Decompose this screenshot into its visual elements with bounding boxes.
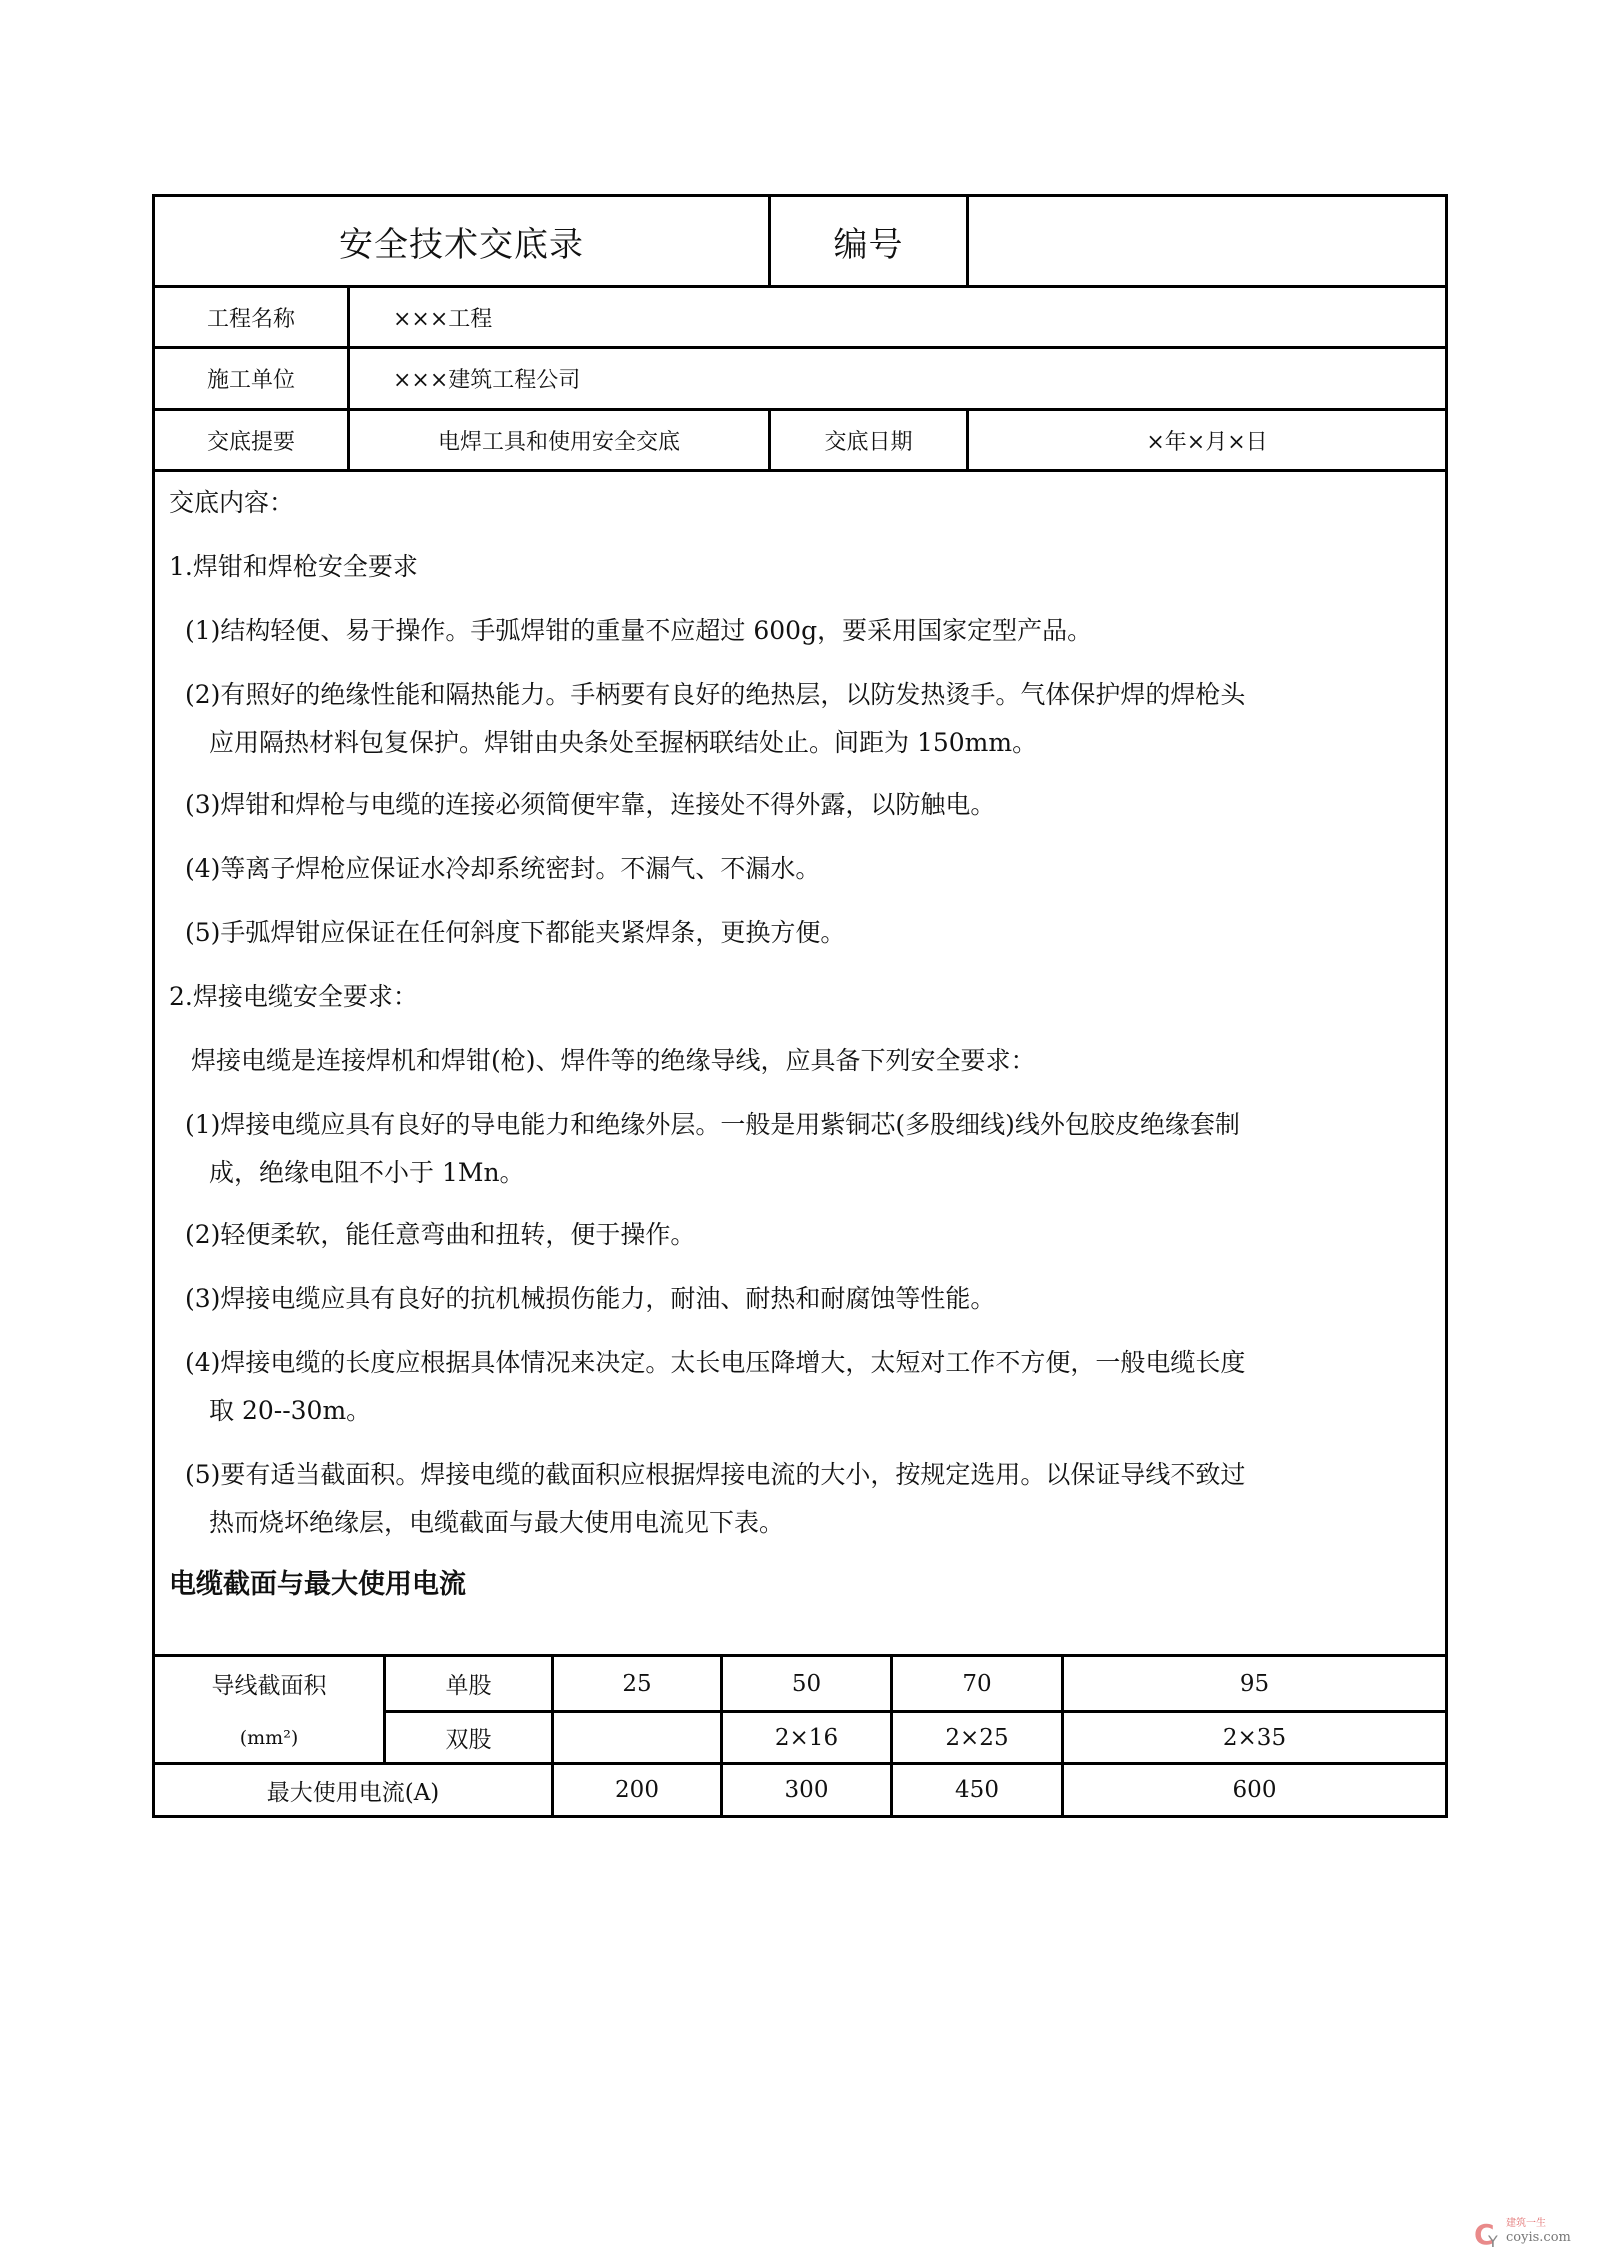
safety-briefing-form: 安全技术交底录 编号 工程名称 ×××工程 施工单位 ×××建筑工程公司 交底提… (152, 194, 1448, 1818)
number-value[interactable] (969, 197, 1445, 285)
section-2-item-cont: 取 20--30m。 (169, 1395, 1431, 1427)
double-value: 2×25 (893, 1713, 1061, 1762)
document-page: 安全技术交底录 编号 工程名称 ×××工程 施工单位 ×××建筑工程公司 交底提… (0, 0, 1600, 2262)
max-current-label: 最大使用电流(A) (155, 1765, 551, 1815)
summary-label: 交底提要 (155, 411, 347, 469)
current-value: 600 (1064, 1765, 1445, 1815)
cable-area-unit: (mm²) (155, 1713, 383, 1762)
section-2-item: (1)焊接电缆应具有良好的导电能力和绝缘外层。一般是用紫铜芯(多股细线)线外包胶… (169, 1109, 1431, 1141)
current-value: 200 (554, 1765, 720, 1815)
contractor-value: ×××建筑工程公司 (393, 349, 1293, 408)
watermark-logo-y-icon: Y (1488, 2232, 1498, 2251)
section-2-item: (5)要有适当截面积。焊接电缆的截面积应根据焊接电流的大小，按规定选用。以保证导… (169, 1459, 1431, 1491)
current-value: 300 (723, 1765, 890, 1815)
section-2-item: (2)轻便柔软，能任意弯曲和扭转，便于操作。 (169, 1219, 1431, 1251)
section-2-intro: 焊接电缆是连接焊机和焊钳(枪)、焊件等的绝缘导线，应具备下列安全要求： (169, 1045, 1431, 1077)
content-heading: 交底内容： (169, 487, 1431, 519)
project-name-value: ×××工程 (393, 288, 1293, 346)
double-strand-label: 双股 (386, 1713, 551, 1762)
date-label: 交底日期 (771, 411, 966, 469)
section-2-item-cont: 成，绝缘电阻不小于 1Mn。 (169, 1157, 1431, 1189)
form-title: 安全技术交底录 (155, 197, 768, 285)
contractor-label: 施工单位 (155, 349, 347, 408)
watermark-site-name: 建筑一生 (1506, 2214, 1546, 2229)
section-1-item: (4)等离子焊枪应保证水冷却系统密封。不漏气、不漏水。 (169, 853, 1431, 885)
section-1-item: (3)焊钳和焊枪与电缆的连接必须简便牢靠，连接处不得外露，以防触电。 (169, 789, 1431, 821)
section-2-item-cont: 热而烧坏绝缘层，电缆截面与最大使用电流见下表。 (169, 1507, 1431, 1539)
watermark-url: coyis.com (1506, 2230, 1571, 2245)
section-1-item: (1)结构轻便、易于操作。手弧焊钳的重量不应超过 600g，要采用国家定型产品。 (169, 615, 1431, 647)
cable-area-label: 导线截面积 (155, 1657, 383, 1710)
section-2-item: (3)焊接电缆应具有良好的抗机械损伤能力，耐油、耐热和耐腐蚀等性能。 (169, 1283, 1431, 1315)
section-1-item-cont: 应用隔热材料包复保护。焊钳由央条处至握柄联结处止。间距为 150mm。 (169, 727, 1431, 759)
project-name-label: 工程名称 (155, 288, 347, 346)
double-value (554, 1713, 720, 1762)
single-value: 25 (554, 1657, 720, 1710)
cable-table-title: 电缆截面与最大使用电流 (169, 1569, 1431, 1601)
section-1-item: (5)手弧焊钳应保证在任何斜度下都能夹紧焊条，更换方便。 (169, 917, 1431, 949)
summary-value: 电焊工具和使用安全交底 (350, 411, 768, 469)
current-value: 450 (893, 1765, 1061, 1815)
single-value: 50 (723, 1657, 890, 1710)
site-watermark: C Y 建筑一生 coyis.com (1474, 2214, 1584, 2254)
section-2-item: (4)焊接电缆的长度应根据具体情况来决定。太长电压降增大，太短对工作不方便，一般… (169, 1347, 1431, 1379)
section-1-title: 1.焊钳和焊枪安全要求 (169, 551, 1431, 583)
single-value: 95 (1064, 1657, 1445, 1710)
number-label: 编号 (771, 197, 966, 285)
date-value: ×年×月×日 (969, 411, 1445, 469)
single-strand-label: 单股 (386, 1657, 551, 1710)
double-value: 2×16 (723, 1713, 890, 1762)
section-1-item: (2)有照好的绝缘性能和隔热能力。手柄要有良好的绝热层，以防发热烫手。气体保护焊… (169, 679, 1431, 711)
section-2-title: 2.焊接电缆安全要求： (169, 981, 1431, 1013)
double-value: 2×35 (1064, 1713, 1445, 1762)
single-value: 70 (893, 1657, 1061, 1710)
